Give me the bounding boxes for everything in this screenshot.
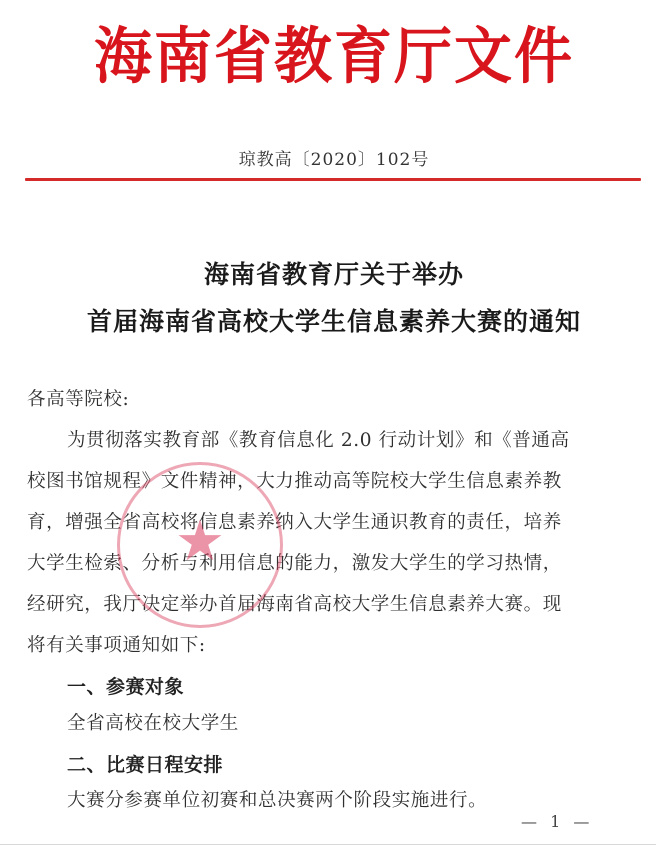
page-number: — 1 — [521, 812, 593, 831]
section-heading: 二、比赛日程安排 [67, 750, 223, 777]
issuer-header: 海南省教育厅文件 [0, 18, 668, 94]
page-bottom-edge [0, 844, 656, 845]
paragraph-line: 经研究，我厅决定举办首届海南省高校大学生信息素养大赛。现 [27, 593, 562, 617]
paragraph-line: 将有关事项通知如下: [27, 634, 206, 658]
paragraph-line: 育，增强全省高校将信息素养纳入大学生通识教育的责任，培养 [27, 511, 562, 535]
notice-title-line2: 首届海南省高校大学生信息素养大赛的通知 [0, 302, 668, 338]
section-text: 全省高校在校大学生 [67, 712, 239, 736]
paragraph-line: 为贯彻落实教育部《教育信息化 2.0 行动计划》和《普通高 [67, 429, 570, 453]
document-page: 海南省教育厅文件 琼教高〔2020〕102号 海南省教育厅关于举办 首届海南省高… [0, 0, 668, 848]
paragraph-line: 校图书馆规程》文件精神，大力推动高等院校大学生信息素养教 [27, 470, 562, 494]
document-number: 琼教高〔2020〕102号 [0, 145, 668, 170]
section-text: 大赛分参赛单位初赛和总决赛两个阶段实施进行。 [67, 789, 487, 813]
notice-title-line1: 海南省教育厅关于举办 [0, 255, 668, 291]
paragraph-line: 大学生检索、分析与利用信息的能力，激发大学生的学习热情， [27, 552, 562, 576]
red-divider [25, 178, 641, 181]
section-heading: 一、参赛对象 [67, 672, 184, 699]
salutation: 各高等院校: [27, 388, 129, 412]
